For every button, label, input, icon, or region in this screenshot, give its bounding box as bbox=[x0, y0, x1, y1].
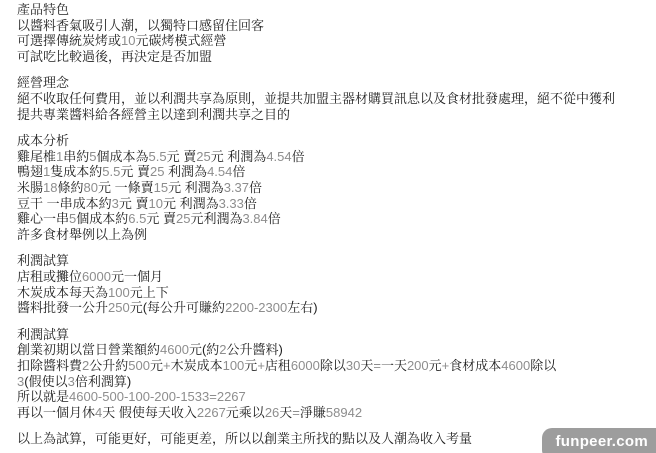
text-line: 豆干 一串成本約3元 賣10元 利潤為3.33倍 bbox=[17, 196, 656, 212]
text-line: 絕不收取任何費用，並以利潤共享為原則，並提共加盟主器材購買訊息以及食材批發處理，… bbox=[17, 91, 656, 107]
text-line: 扣除醬料費2公升約500元+木炭成本100元+店租6000除以30天=一天200… bbox=[17, 358, 656, 374]
text-line: 以醬料香氣吸引人潮，以獨特口感留住回客 bbox=[17, 18, 656, 34]
text-line: 鴨翅1隻成本約5.5元 賣25 利潤為4.54倍 bbox=[17, 164, 656, 180]
section-heading: 經營理念 bbox=[17, 75, 656, 91]
text-line: 雞心一串5個成本約6.5元 賣25元利潤為3.84倍 bbox=[17, 211, 656, 227]
text-line: 再以一個月休4天 假使每天收入2267元乘以26天=淨賺58942 bbox=[17, 405, 656, 421]
section-heading: 產品特色 bbox=[17, 2, 656, 18]
section-heading: 成本分析 bbox=[17, 133, 656, 149]
section-cost-analysis: 成本分析 雞尾椎1串約5個成本為5.5元 賣25元 利潤為4.54倍 鴨翅1隻成… bbox=[17, 133, 656, 243]
text-line: 提共專業醬料給各經營主以達到利潤共享之目的 bbox=[17, 107, 656, 123]
document-content: 產品特色 以醬料香氣吸引人潮，以獨特口感留住回客 可選擇傳統炭烤或10元碳烤模式… bbox=[0, 0, 656, 447]
text-line: 創業初期以當日營業額約4600元(約2公升醬料) bbox=[17, 342, 656, 358]
text-line: 店租或攤位6000元一個月 bbox=[17, 269, 656, 285]
text-line: 醬料批發一公升250元(每公升可賺約2200-2300左右) bbox=[17, 300, 656, 316]
section-heading: 利潤試算 bbox=[17, 253, 656, 269]
section-profit-estimate-1: 利潤試算 店租或攤位6000元一個月 木炭成本每天為100元上下 醬料批發一公升… bbox=[17, 253, 656, 316]
section-business-philosophy: 經營理念 絕不收取任何費用，並以利潤共享為原則，並提共加盟主器材購買訊息以及食材… bbox=[17, 75, 656, 122]
section-product-features: 產品特色 以醬料香氣吸引人潮，以獨特口感留住回客 可選擇傳統炭烤或10元碳烤模式… bbox=[17, 2, 656, 65]
section-profit-estimate-2: 利潤試算 創業初期以當日營業額約4600元(約2公升醬料) 扣除醬料費2公升約5… bbox=[17, 327, 656, 421]
text-line: 可選擇傳統炭烤或10元碳烤模式經營 bbox=[17, 33, 656, 49]
text-line: 木炭成本每天為100元上下 bbox=[17, 285, 656, 301]
text-line: 可試吃比較過後，再決定是否加盟 bbox=[17, 49, 656, 65]
text-line: 所以就是4600-500-100-200-1533=2267 bbox=[17, 389, 656, 405]
text-line: 3(假使以3倍利潤算) bbox=[17, 374, 656, 390]
text-line: 雞尾椎1串約5個成本為5.5元 賣25元 利潤為4.54倍 bbox=[17, 149, 656, 165]
section-heading: 利潤試算 bbox=[17, 327, 656, 343]
text-line: 米腸18條約80元 一條賣15元 利潤為3.37倍 bbox=[17, 180, 656, 196]
text-line: 許多食材舉例以上為例 bbox=[17, 227, 656, 243]
funpeer-watermark: funpeer.com bbox=[542, 428, 656, 453]
